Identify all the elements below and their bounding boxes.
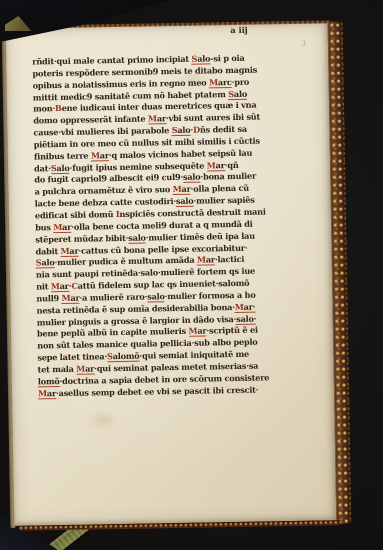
text-segment: ·mulier pudica ẽ multum amãda: [54, 255, 197, 267]
rubricated-word: Mar·: [235, 301, 256, 312]
red-initial: M: [197, 255, 206, 265]
text-segment: ·mulier formosa a ho: [165, 290, 256, 302]
rubricated-word: salo: [128, 232, 146, 243]
text-segment: rñdit·qui male cantat primo incipiat: [32, 54, 191, 67]
text-segment: edificat sibi domũ: [35, 209, 116, 220]
text-segment: cause·vbi mulieres ibi parabole: [33, 125, 171, 137]
red-initial: M: [207, 160, 216, 170]
text-block: rñdit·qui male cantat primo incipiat Sal…: [32, 52, 280, 400]
text-segment: ·scriptũ ẽ ei: [206, 325, 257, 336]
text-segment: ·qui semiat iniquitatẽ me: [139, 349, 249, 361]
red-initial: M: [173, 184, 182, 194]
rubricated-word: Salo: [228, 88, 247, 99]
text-segment: ·cattus cũ bona pelle ipse excoriabitur·: [78, 242, 247, 255]
text-segment: dat·: [34, 163, 51, 173]
rubricated-word: Salo: [36, 257, 55, 268]
text-segment: ·a mulierẽ raro·: [79, 291, 147, 302]
rubricated-word: Mar: [148, 113, 166, 124]
text-segment: opibus a noiatissimus eris in regno meo: [33, 77, 210, 90]
text-segment: lacte bene debza catte custodiri·: [35, 196, 176, 208]
book-photograph: rñdit·qui male cantat primo incipiat Sal…: [0, 0, 383, 550]
text-segment: ·pro: [232, 76, 250, 86]
text-segment: bus: [35, 222, 53, 232]
rubricated-word: salo: [147, 291, 165, 302]
red-initial: M: [53, 222, 62, 232]
rubricated-word: Mar: [207, 160, 225, 171]
text-segment: ñs dedit sa: [200, 124, 247, 135]
text-segment: stẽperet mũdaz bibit·: [35, 232, 128, 244]
red-initial: S: [51, 163, 57, 173]
text-segment: domo oppresserãt infante: [33, 114, 148, 126]
red-initial: M: [209, 77, 218, 87]
text-segment: tet mala: [38, 364, 77, 375]
text-segment: attũ fidelem sup lac qs inueniet·salomõ: [78, 278, 250, 291]
rubricated-word: salo: [183, 172, 201, 183]
rubricated-word: Salomõ: [107, 351, 140, 363]
open-book-page: rñdit·qui male cantat primo incipiat Sal…: [2, 20, 352, 531]
red-initial: M: [38, 388, 47, 398]
text-segment: -si p oia: [210, 53, 244, 64]
rubricated-word: Salo: [51, 162, 70, 173]
red-initial: M: [91, 150, 100, 160]
text-segment: sepe latet tinea·: [37, 351, 107, 362]
red-initial: M: [148, 114, 157, 124]
text-segment: nspiciẽs constructã destruit mani: [119, 206, 265, 219]
rubricated-word: Mar: [197, 255, 215, 266]
rubricated-word: Marc: [209, 77, 232, 88]
rubricated-word: Mar: [188, 326, 206, 337]
rubricated-word: Salo: [191, 53, 210, 64]
rubricated-word: Mar: [91, 150, 109, 161]
text-segment: ·olla bene cocta meli9 durat a q mundã d…: [71, 218, 252, 231]
text-segment: ·qui seminat paleas metet miserias·sa: [94, 361, 258, 374]
text-segment: ·lactici: [215, 254, 244, 265]
rubricated-word: Mar: [76, 363, 94, 374]
red-initial: S: [191, 54, 197, 64]
text-segment: ·fugit ipius nemine subsequẽte: [69, 160, 206, 172]
text-segment: ·asellus semp debet ee vbi se pascit ibi…: [56, 384, 258, 398]
red-initial: M: [60, 245, 69, 255]
text-segment: dabit: [35, 246, 60, 256]
rubricated-word: salo·: [236, 313, 256, 324]
rubricated-word: Mar: [51, 281, 69, 292]
rubricated-word: Mar: [38, 388, 56, 399]
page: rñdit·qui male cantat primo incipiat Sal…: [6, 22, 338, 526]
text-segment: ·vbi sunt aures ibi sũt: [166, 112, 260, 124]
pencil-annotation: 3: [300, 38, 306, 48]
red-initial: M: [76, 364, 85, 374]
text-segment: nit: [36, 281, 51, 291]
red-initial: M: [61, 293, 70, 303]
rubricated-word: Salo: [172, 125, 191, 136]
rubricated-word: Mar: [60, 245, 78, 256]
text-segment: ·mulier sapiẽs: [193, 195, 254, 206]
rubricated-word: salo: [176, 196, 194, 207]
rubricated-word: Mar: [61, 293, 79, 304]
red-initial: S: [36, 258, 42, 268]
red-initial: M: [188, 326, 197, 336]
text-segment: mon·: [33, 103, 55, 113]
text-segment: ·qñ: [225, 159, 239, 169]
red-initial: M: [235, 302, 244, 312]
text-segment: ·mulier timẽs deũ ipa lau: [146, 230, 255, 242]
text-segment: ·bona mulier: [200, 171, 256, 182]
text-segment: a pulchra ornamẽtuz ẽ viro suo: [34, 184, 172, 196]
rubricated-word: lomõ: [38, 376, 60, 387]
text-segment: bene peplũ albũ in capite mulieris: [37, 326, 189, 339]
text-segment: null9: [36, 293, 61, 303]
rubricated-word: Mar: [53, 222, 71, 233]
red-initial: S: [228, 89, 234, 99]
text-segment: ·q malos vicinos habet seipsũ lau: [109, 147, 252, 159]
rubricated-word: Mar: [173, 184, 191, 195]
red-initial: S: [172, 125, 178, 135]
red-initial: M: [51, 281, 60, 291]
red-initial: S: [107, 351, 113, 361]
text-segment: ·olla plena cũ: [191, 183, 249, 194]
text-segment: do fugit capriol9 albescit ei9 cul9·: [34, 172, 183, 185]
text-segment: finibus terre: [34, 150, 91, 161]
